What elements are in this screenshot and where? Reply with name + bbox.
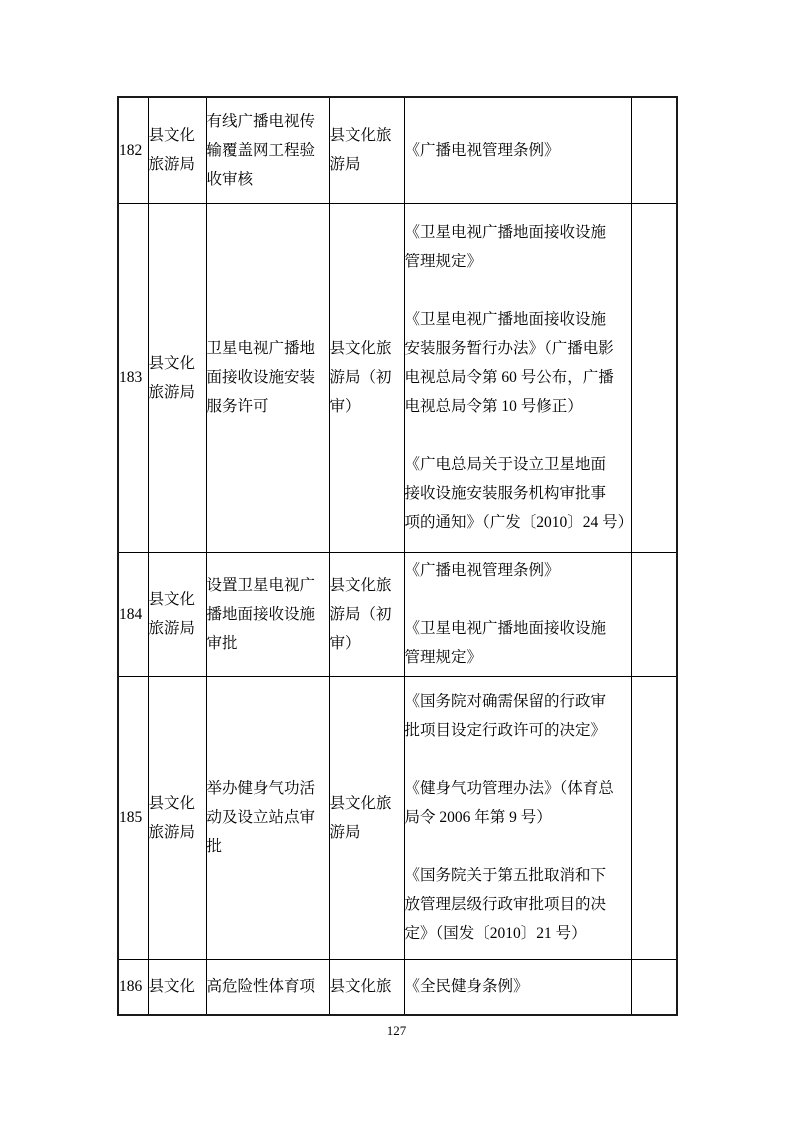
- legal-basis-paragraph: 《全民健身条例》: [405, 972, 631, 1001]
- item-name-cell: 高危险性体育项: [206, 959, 329, 1015]
- legal-basis-paragraph: 《健身气功管理办法》（体育总 局令 2006 年第 9 号）: [405, 774, 631, 832]
- legal-basis-cell: 《广播电视管理条例》: [404, 97, 631, 203]
- agency-cell: 县文化旅: [329, 959, 404, 1015]
- department-cell: 县文化 旅游局: [148, 552, 206, 676]
- legal-basis-paragraph: 《国务院关于第五批取消和下 放管理层级行政审批项目的决 定》（国发〔2010〕2…: [405, 861, 631, 948]
- row-number-cell: 183: [118, 203, 148, 552]
- department-cell: 县文化: [148, 959, 206, 1015]
- item-name-cell: 有线广播电视传 输覆盖网工程验 收审核: [206, 97, 329, 203]
- remark-cell: [631, 959, 677, 1015]
- item-name-cell: 举办健身气功活 动及设立站点审 批: [206, 676, 329, 959]
- item-name-cell: 设置卫星电视广 播地面接收设施 审批: [206, 552, 329, 676]
- legal-basis-paragraph: 《卫星电视广播地面接收设施 管理规定》: [405, 218, 631, 276]
- approval-table-body: 182 县文化 旅游局 有线广播电视传 输覆盖网工程验 收审核 县文化旅 游局 …: [118, 97, 677, 1015]
- row-number-cell: 186: [118, 959, 148, 1015]
- department-cell: 县文化 旅游局: [148, 203, 206, 552]
- row-number-cell: 182: [118, 97, 148, 203]
- legal-basis-cell: 《卫星电视广播地面接收设施 管理规定》《卫星电视广播地面接收设施 安装服务暂行办…: [404, 203, 631, 552]
- row-number-cell: 185: [118, 676, 148, 959]
- table-row: 183 县文化 旅游局 卫星电视广播地 面接收设施安装 服务许可 县文化旅 游局…: [118, 203, 677, 552]
- document-page: 182 县文化 旅游局 有线广播电视传 输覆盖网工程验 收审核 县文化旅 游局 …: [0, 0, 793, 1122]
- department-cell: 县文化 旅游局: [148, 676, 206, 959]
- legal-basis-paragraph: 《广播电视管理条例》: [405, 556, 631, 585]
- item-name-cell: 卫星电视广播地 面接收设施安装 服务许可: [206, 203, 329, 552]
- legal-basis-paragraph: 《卫星电视广播地面接收设施 安装服务暂行办法》（广播电影 电视总局令第 60 号…: [405, 305, 631, 421]
- remark-cell: [631, 97, 677, 203]
- legal-basis-paragraph: 《国务院对确需保留的行政审 批项目设定行政许可的决定》: [405, 687, 631, 745]
- table-row: 184 县文化 旅游局 设置卫星电视广 播地面接收设施 审批 县文化旅 游局（初…: [118, 552, 677, 676]
- legal-basis-cell: 《国务院对确需保留的行政审 批项目设定行政许可的决定》《健身气功管理办法》（体育…: [404, 676, 631, 959]
- legal-basis-paragraph: 《广播电视管理条例》: [405, 136, 631, 165]
- table-row: 185 县文化 旅游局 举办健身气功活 动及设立站点审 批 县文化旅 游局 《国…: [118, 676, 677, 959]
- table-row: 186 县文化 高危险性体育项 县文化旅 《全民健身条例》: [118, 959, 677, 1015]
- agency-cell: 县文化旅 游局: [329, 97, 404, 203]
- legal-basis-cell: 《全民健身条例》: [404, 959, 631, 1015]
- legal-basis-cell: 《广播电视管理条例》《卫星电视广播地面接收设施 管理规定》: [404, 552, 631, 676]
- agency-cell: 县文化旅 游局（初 审）: [329, 203, 404, 552]
- approval-items-table: 182 县文化 旅游局 有线广播电视传 输覆盖网工程验 收审核 县文化旅 游局 …: [117, 96, 678, 1016]
- agency-cell: 县文化旅 游局: [329, 676, 404, 959]
- legal-basis-paragraph: 《卫星电视广播地面接收设施 管理规定》: [405, 614, 631, 672]
- table-row: 182 县文化 旅游局 有线广播电视传 输覆盖网工程验 收审核 县文化旅 游局 …: [118, 97, 677, 203]
- remark-cell: [631, 676, 677, 959]
- department-cell: 县文化 旅游局: [148, 97, 206, 203]
- page-number: 127: [0, 1022, 793, 1040]
- legal-basis-paragraph: 《广电总局关于设立卫星地面 接收设施安装服务机构审批事 项的通知》（广发〔201…: [405, 450, 631, 537]
- agency-cell: 县文化旅 游局（初 审）: [329, 552, 404, 676]
- remark-cell: [631, 203, 677, 552]
- remark-cell: [631, 552, 677, 676]
- row-number-cell: 184: [118, 552, 148, 676]
